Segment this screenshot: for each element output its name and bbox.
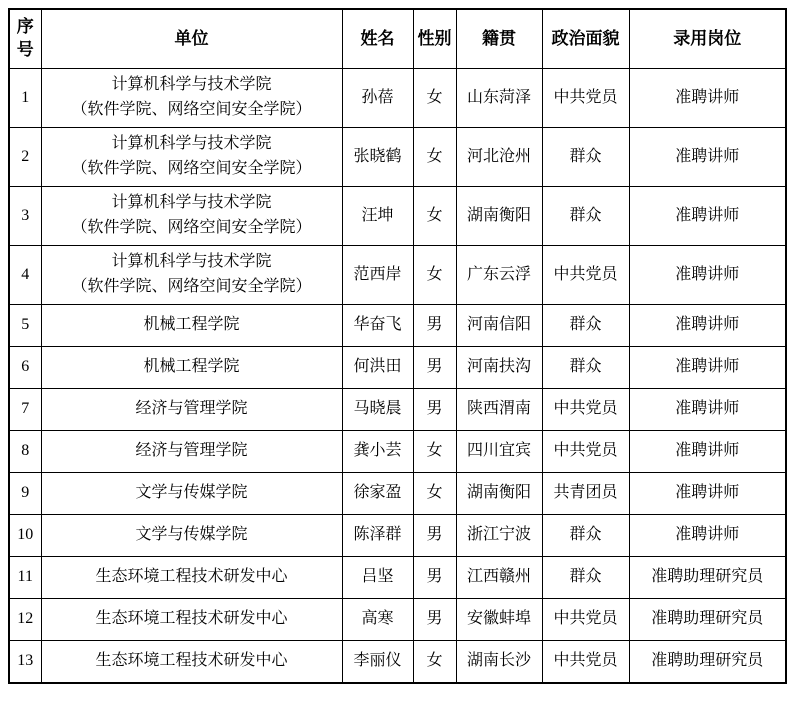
col-header-unit: 单位: [41, 9, 342, 69]
cell-origin: 山东菏泽: [456, 69, 542, 128]
cell-name: 陈泽群: [342, 515, 413, 557]
table-row: 10 文学与传媒学院 陈泽群 男 浙江宁波 群众 准聘讲师: [9, 515, 786, 557]
cell-origin: 四川宜宾: [456, 431, 542, 473]
cell-name: 吕坚: [342, 557, 413, 599]
cell-no: 9: [9, 473, 41, 515]
cell-gender: 女: [413, 187, 456, 246]
cell-unit: 生态环境工程技术研发中心: [41, 599, 342, 641]
cell-position: 准聘助理研究员: [629, 599, 786, 641]
cell-name: 孙蓓: [342, 69, 413, 128]
cell-political: 共青团员: [542, 473, 629, 515]
cell-no: 4: [9, 246, 41, 305]
cell-political: 群众: [542, 515, 629, 557]
cell-unit: 生态环境工程技术研发中心: [41, 557, 342, 599]
table-row: 5 机械工程学院 华奋飞 男 河南信阳 群众 准聘讲师: [9, 305, 786, 347]
cell-origin: 安徽蚌埠: [456, 599, 542, 641]
table-row: 3 计算机科学与技术学院 （软件学院、网络空间安全学院） 汪坤 女 湖南衡阳 群…: [9, 187, 786, 246]
cell-no: 3: [9, 187, 41, 246]
col-header-no: 序 号: [9, 9, 41, 69]
cell-gender: 男: [413, 557, 456, 599]
table-row: 2 计算机科学与技术学院 （软件学院、网络空间安全学院） 张晓鹤 女 河北沧州 …: [9, 128, 786, 187]
cell-gender: 男: [413, 305, 456, 347]
cell-name: 马晓晨: [342, 389, 413, 431]
table-row: 11 生态环境工程技术研发中心 吕坚 男 江西赣州 群众 准聘助理研究员: [9, 557, 786, 599]
cell-position: 准聘讲师: [629, 347, 786, 389]
cell-position: 准聘讲师: [629, 431, 786, 473]
col-header-origin: 籍贯: [456, 9, 542, 69]
cell-no: 1: [9, 69, 41, 128]
table-row: 12 生态环境工程技术研发中心 高寒 男 安徽蚌埠 中共党员 准聘助理研究员: [9, 599, 786, 641]
cell-origin: 河南扶沟: [456, 347, 542, 389]
cell-name: 李丽仪: [342, 641, 413, 684]
table-row: 6 机械工程学院 何洪田 男 河南扶沟 群众 准聘讲师: [9, 347, 786, 389]
cell-position: 准聘助理研究员: [629, 641, 786, 684]
col-header-gender: 性别: [413, 9, 456, 69]
cell-no: 8: [9, 431, 41, 473]
cell-position: 准聘讲师: [629, 69, 786, 128]
cell-gender: 女: [413, 431, 456, 473]
cell-name: 龚小芸: [342, 431, 413, 473]
cell-gender: 女: [413, 69, 456, 128]
cell-gender: 女: [413, 641, 456, 684]
cell-political: 中共党员: [542, 246, 629, 305]
cell-position: 准聘助理研究员: [629, 557, 786, 599]
cell-political: 群众: [542, 347, 629, 389]
col-header-political: 政治面貌: [542, 9, 629, 69]
cell-position: 准聘讲师: [629, 305, 786, 347]
cell-no: 11: [9, 557, 41, 599]
cell-unit: 文学与传媒学院: [41, 515, 342, 557]
cell-unit: 经济与管理学院: [41, 389, 342, 431]
cell-unit: 经济与管理学院: [41, 431, 342, 473]
table-row: 4 计算机科学与技术学院 （软件学院、网络空间安全学院） 范西岸 女 广东云浮 …: [9, 246, 786, 305]
cell-name: 华奋飞: [342, 305, 413, 347]
cell-no: 6: [9, 347, 41, 389]
cell-origin: 广东云浮: [456, 246, 542, 305]
cell-political: 中共党员: [542, 431, 629, 473]
table-row: 8 经济与管理学院 龚小芸 女 四川宜宾 中共党员 准聘讲师: [9, 431, 786, 473]
cell-origin: 河北沧州: [456, 128, 542, 187]
cell-position: 准聘讲师: [629, 246, 786, 305]
cell-no: 5: [9, 305, 41, 347]
cell-unit: 计算机科学与技术学院 （软件学院、网络空间安全学院）: [41, 246, 342, 305]
cell-political: 中共党员: [542, 641, 629, 684]
cell-origin: 陕西渭南: [456, 389, 542, 431]
cell-origin: 湖南衡阳: [456, 473, 542, 515]
cell-name: 汪坤: [342, 187, 413, 246]
cell-position: 准聘讲师: [629, 515, 786, 557]
table-row: 7 经济与管理学院 马晓晨 男 陕西渭南 中共党员 准聘讲师: [9, 389, 786, 431]
cell-gender: 男: [413, 515, 456, 557]
cell-name: 高寒: [342, 599, 413, 641]
cell-origin: 浙江宁波: [456, 515, 542, 557]
cell-gender: 男: [413, 599, 456, 641]
cell-gender: 女: [413, 473, 456, 515]
cell-unit: 生态环境工程技术研发中心: [41, 641, 342, 684]
cell-origin: 湖南衡阳: [456, 187, 542, 246]
cell-no: 10: [9, 515, 41, 557]
table-row: 9 文学与传媒学院 徐家盈 女 湖南衡阳 共青团员 准聘讲师: [9, 473, 786, 515]
col-header-name: 姓名: [342, 9, 413, 69]
cell-gender: 女: [413, 128, 456, 187]
cell-origin: 江西赣州: [456, 557, 542, 599]
cell-position: 准聘讲师: [629, 128, 786, 187]
table-row: 1 计算机科学与技术学院 （软件学院、网络空间安全学院） 孙蓓 女 山东菏泽 中…: [9, 69, 786, 128]
cell-political: 中共党员: [542, 599, 629, 641]
cell-political: 群众: [542, 305, 629, 347]
cell-unit: 计算机科学与技术学院 （软件学院、网络空间安全学院）: [41, 128, 342, 187]
cell-name: 范西岸: [342, 246, 413, 305]
table-header: 序 号 单位 姓名 性别 籍贯 政治面貌 录用岗位: [9, 9, 786, 69]
cell-unit: 文学与传媒学院: [41, 473, 342, 515]
cell-position: 准聘讲师: [629, 389, 786, 431]
cell-name: 张晓鹤: [342, 128, 413, 187]
cell-no: 2: [9, 128, 41, 187]
cell-political: 群众: [542, 187, 629, 246]
cell-origin: 河南信阳: [456, 305, 542, 347]
cell-position: 准聘讲师: [629, 187, 786, 246]
cell-position: 准聘讲师: [629, 473, 786, 515]
cell-gender: 女: [413, 246, 456, 305]
header-row: 序 号 单位 姓名 性别 籍贯 政治面貌 录用岗位: [9, 9, 786, 69]
document-page: 序 号 单位 姓名 性别 籍贯 政治面貌 录用岗位 1 计算机科学与技术学院 （…: [0, 0, 795, 684]
cell-unit: 机械工程学院: [41, 347, 342, 389]
cell-no: 12: [9, 599, 41, 641]
recruitment-table: 序 号 单位 姓名 性别 籍贯 政治面貌 录用岗位 1 计算机科学与技术学院 （…: [8, 8, 787, 684]
cell-unit: 计算机科学与技术学院 （软件学院、网络空间安全学院）: [41, 69, 342, 128]
cell-political: 群众: [542, 557, 629, 599]
table-body: 1 计算机科学与技术学院 （软件学院、网络空间安全学院） 孙蓓 女 山东菏泽 中…: [9, 69, 786, 684]
cell-origin: 湖南长沙: [456, 641, 542, 684]
cell-unit: 计算机科学与技术学院 （软件学院、网络空间安全学院）: [41, 187, 342, 246]
cell-unit: 机械工程学院: [41, 305, 342, 347]
cell-name: 徐家盈: [342, 473, 413, 515]
cell-no: 7: [9, 389, 41, 431]
cell-name: 何洪田: [342, 347, 413, 389]
cell-gender: 男: [413, 347, 456, 389]
cell-political: 群众: [542, 128, 629, 187]
cell-no: 13: [9, 641, 41, 684]
cell-gender: 男: [413, 389, 456, 431]
cell-political: 中共党员: [542, 389, 629, 431]
cell-political: 中共党员: [542, 69, 629, 128]
col-header-position: 录用岗位: [629, 9, 786, 69]
table-row: 13 生态环境工程技术研发中心 李丽仪 女 湖南长沙 中共党员 准聘助理研究员: [9, 641, 786, 684]
